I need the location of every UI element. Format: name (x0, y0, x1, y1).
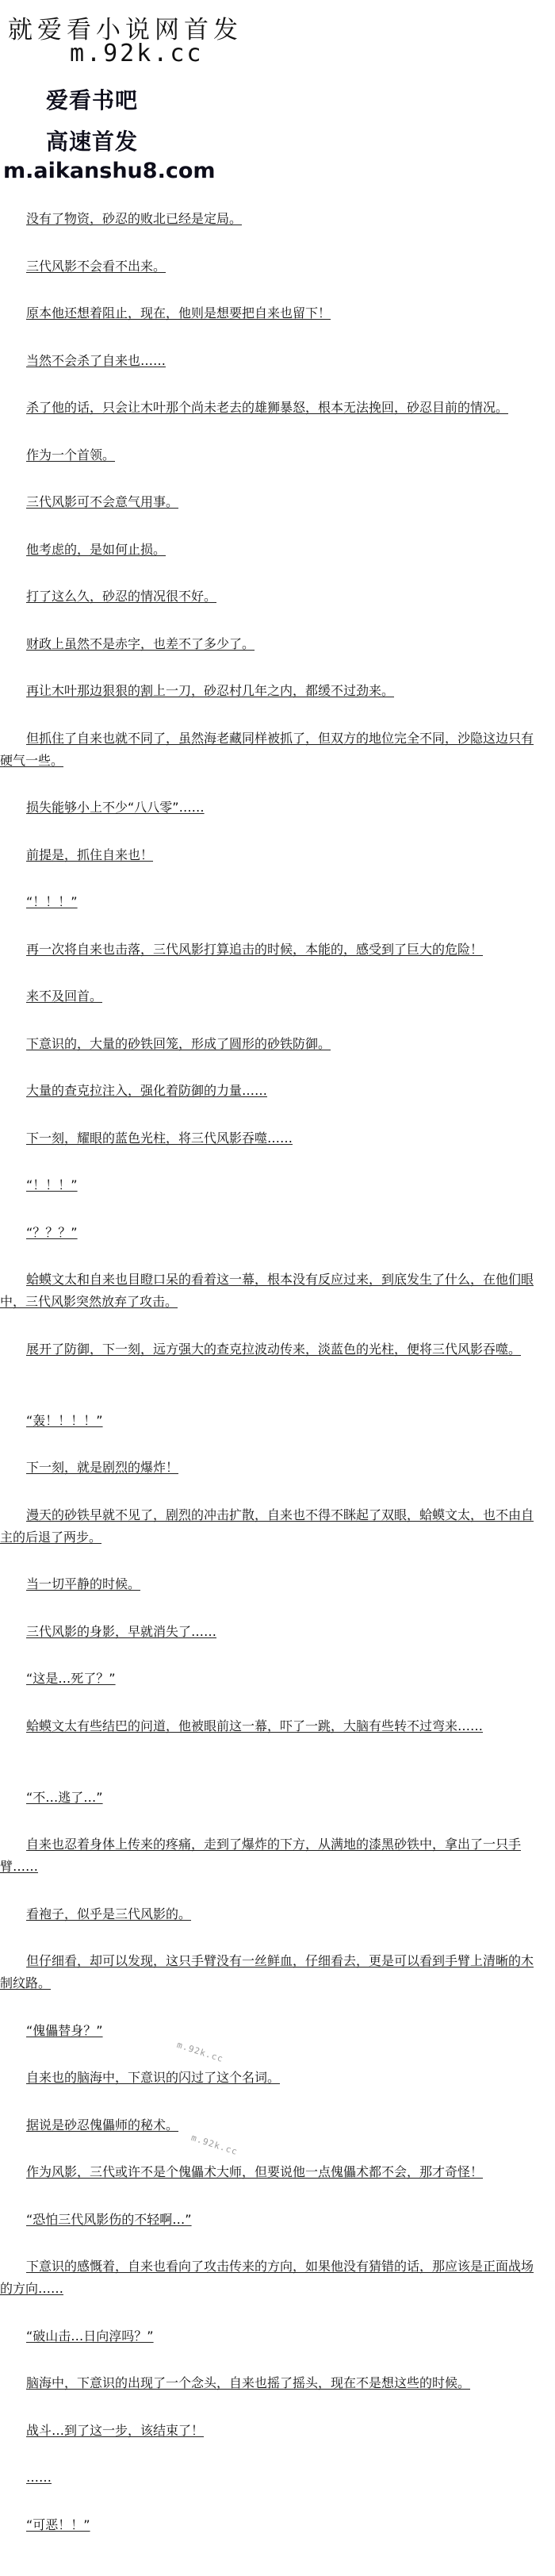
paragraph: 漫天的砂铁早就不见了，剧烈的冲击扩散，自来也不得不眯起了双眼，蛤蟆文太，也不由自… (0, 1504, 555, 1549)
paragraph: 展开了防御，下一刻，远方强大的查克拉波动传来，淡蓝色的光柱，便将三代风影吞噬。 (0, 1338, 555, 1361)
chapter-content: 没有了物资，砂忍的败北已经是定局。 三代风影不会看不出来。 原本他还想着阻止，现… (0, 208, 555, 2561)
paragraph: 三代风影可不会意气用事。 (0, 491, 555, 513)
paragraph: “可恶！！” (0, 2514, 555, 2536)
paragraph: 原本他还想着阻止，现在，他则是想要把自来也留下！ (0, 302, 555, 324)
paragraph: 作为一个首领。 (0, 444, 555, 466)
paragraph: 财政上虽然不是赤字，也差不了多少了。 (0, 633, 555, 655)
paragraph: 作为风影，三代或许不是个傀儡术大师，但要说他一点傀儡术都不会，那才奇怪！ (0, 2161, 555, 2183)
paragraph: “！！！” (0, 1174, 555, 1196)
paragraph: 损失能够小上不少“八八零”…… (0, 797, 555, 819)
page-header: 就爱看小说网首发 m.92k.cc 爱看书吧 高速首发 m.aikanshu8.… (0, 0, 555, 213)
paragraph: 再让木叶那边狠狠的割上一刀，砂忍村几年之内，都缓不过劲来。 (0, 680, 555, 702)
paragraph: 三代风影不会看不出来。 (0, 255, 555, 278)
brand-slogan: 高速首发 (46, 125, 138, 156)
paragraph: 下一刻，耀眼的蓝色光柱，将三代风影吞噬…… (0, 1127, 555, 1150)
site-url: m.92k.cc (70, 40, 204, 67)
paragraph: 大量的查克拉注入，强化着防御的力量…… (0, 1080, 555, 1102)
paragraph: “？？？” (0, 1222, 555, 1244)
paragraph: 蛤蟆文太有些结巴的问道，他被眼前这一幕，吓了一跳，大脑有些转不过弯来…… (0, 1715, 555, 1737)
paragraph: “！！！” (0, 891, 555, 913)
paragraph: “轰！！！！” (0, 1410, 555, 1432)
paragraph: 脑海中，下意识的出现了一个念头，自来也摇了摇头，现在不是想这些的时候。 (0, 2372, 555, 2394)
brand-url: m.aikanshu8.com (3, 159, 216, 183)
paragraph: 自来也忍着身体上传来的疼痛，走到了爆炸的下方，从满地的漆黑砂铁中，拿出了一只手臂… (0, 1833, 555, 1878)
paragraph: …… (0, 2467, 555, 2489)
paragraph: 再一次将自来也击落，三代风影打算追击的时候，本能的，感受到了巨大的危险！ (0, 939, 555, 961)
brand-name: 爱看书吧 (46, 83, 138, 115)
paragraph: “不…逃了…” (0, 1787, 555, 1809)
paragraph: 三代风影的身影，早就消失了…… (0, 1621, 555, 1643)
paragraph: 打了这么久，砂忍的情况很不好。 (0, 585, 555, 608)
paragraph: “破山击…日向淳吗？” (0, 2325, 555, 2348)
paragraph: 前提是，抓住自来也！ (0, 844, 555, 866)
paragraph: 战斗…到了这一步，该结束了！ (0, 2420, 555, 2442)
paragraph: 来不及回首。 (0, 985, 555, 1008)
paragraph: “恐怕三代风影伤的不轻啊…” (0, 2209, 555, 2231)
paragraph: 当一切平静的时候。 (0, 1573, 555, 1595)
paragraph: 自来也的脑海中，下意识的闪过了这个名词。 (0, 2067, 555, 2089)
paragraph: 据说是砂忍傀儡师的秘术。 (0, 2114, 555, 2136)
paragraph: 下意识的，大量的砂铁回笼，形成了圆形的砂铁防御。 (0, 1033, 555, 1055)
paragraph: 但仔细看，却可以发现，这只手臂没有一丝鲜血，仔细看去，更是可以看到手臂上清晰的木… (0, 1950, 555, 1994)
paragraph: 杀了他的话，只会让木叶那个尚未老去的雄狮暴怒，根本无法挽回，砂忍目前的情况。 (0, 397, 555, 419)
paragraph: 但抓住了自来也就不同了，虽然海老藏同样被抓了，但双方的地位完全不同，沙隐这边只有… (0, 727, 555, 772)
paragraph: 看袍子，似乎是三代风影的。 (0, 1903, 555, 1925)
paragraph: 他考虑的，是如何止损。 (0, 539, 555, 561)
paragraph: 没有了物资，砂忍的败北已经是定局。 (0, 208, 555, 230)
paragraph: 下一刻，就是剧烈的爆炸！ (0, 1457, 555, 1479)
paragraph: 下意识的感慨着，自来也看向了攻击传来的方向，如果他没有猜错的话，那应该是正面战场… (0, 2255, 555, 2300)
paragraph: “这是…死了？” (0, 1668, 555, 1690)
paragraph: 当然不会杀了自来也…… (0, 350, 555, 372)
paragraph: 蛤蟆文太和自来也目瞪口呆的看着这一幕，根本没有反应过来，到底发生了什么，在他们眼… (0, 1269, 555, 1313)
paragraph: “傀儡替身？” (0, 2020, 555, 2042)
